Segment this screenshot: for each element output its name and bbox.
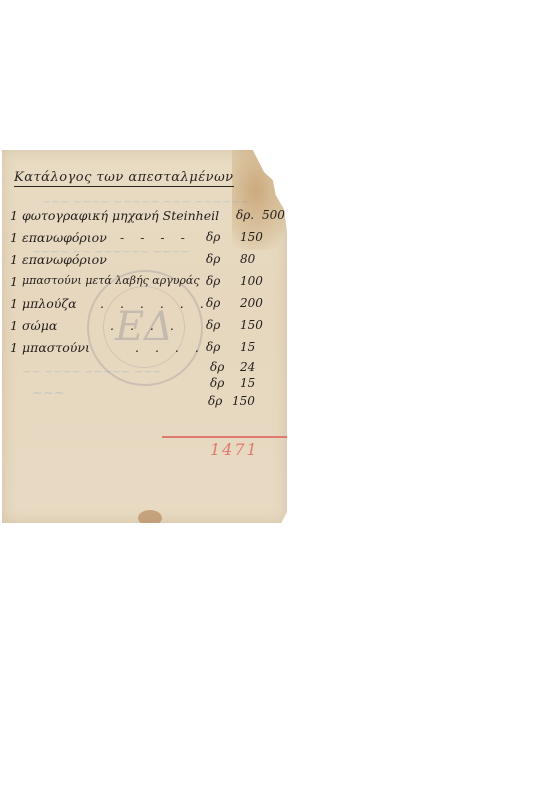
item-qty: 1 xyxy=(10,318,18,333)
item-amount: 150 xyxy=(240,230,263,244)
item-qty: 1 xyxy=(10,296,18,311)
item-amount: 100 xyxy=(240,274,263,288)
total-annotation: 1471 xyxy=(210,440,259,459)
list-item: 1 σώμα . . . . δρ 150 xyxy=(10,318,286,338)
item-description: μπαστούνι xyxy=(22,340,90,355)
item-currency: δρ xyxy=(206,252,220,266)
item-currency: δρ xyxy=(210,376,224,390)
item-amount: 15 xyxy=(240,376,255,390)
item-amount: 150 xyxy=(232,394,255,408)
list-item: 1 μπαστούνι . . . . δρ 15 xyxy=(10,340,286,360)
list-item: 1 επανωφόριον - - - - δρ 150 xyxy=(10,230,286,250)
document-title: Κατάλογος των απεσταλμένων xyxy=(14,170,234,187)
item-qty: 1 xyxy=(10,252,18,267)
list-item: 1 φωτογραφική μηχανή Steinheil δρ. 500 xyxy=(10,208,286,228)
item-description: μπαστούνι μετά λαβής αργυράς xyxy=(22,274,200,287)
item-leader-dots: . . . . xyxy=(135,340,205,355)
item-currency: δρ xyxy=(206,340,220,354)
list-item: 1 επανωφόριον δρ 80 xyxy=(10,252,286,272)
item-amount: 200 xyxy=(240,296,263,310)
item-amount: 80 xyxy=(240,252,255,266)
item-currency: δρ xyxy=(206,296,220,310)
item-qty: 1 xyxy=(10,230,18,245)
item-description: σώμα xyxy=(22,318,57,333)
item-qty: 1 xyxy=(10,340,18,355)
stain-spot xyxy=(138,510,162,526)
list-item: 1 μπαστούνι μετά λαβής αργυράς δρ 100 xyxy=(10,274,286,294)
list-item: δρ 150 xyxy=(10,394,286,414)
item-description: φωτογραφική μηχανή Steinheil xyxy=(22,208,219,223)
item-description: μπλούζα xyxy=(22,296,77,311)
item-qty: 1 xyxy=(10,274,18,289)
item-currency: δρ xyxy=(206,230,220,244)
item-currency: δρ xyxy=(206,318,220,332)
item-description: επανωφόριον xyxy=(22,252,107,267)
item-currency: δρ xyxy=(210,360,224,374)
faded-bleed-text: ~~~ ~~~~ ~~~~~ ~~~ ~~~~~~ xyxy=(42,195,250,208)
item-amount: 24 xyxy=(240,360,255,374)
list-item: 1 μπλούζα . . . . . . δρ 200 xyxy=(10,296,286,316)
item-leader-dots: - - - - xyxy=(120,230,191,245)
list-item: δρ 15 xyxy=(10,376,286,396)
item-description: επανωφόριον xyxy=(22,230,107,245)
item-currency: δρ xyxy=(208,394,222,408)
item-leader-dots: . . . . . . xyxy=(100,296,210,311)
item-currency: δρ xyxy=(206,274,220,288)
total-underline xyxy=(162,436,287,438)
item-currency: δρ. xyxy=(236,208,254,222)
handwritten-document: ~~~ ~~~~ ~~~~~ ~~~ ~~~~~~ ~~~~ ~~ ~~~~~~… xyxy=(2,150,287,523)
item-leader-dots: . . . . xyxy=(110,318,180,333)
item-amount: 500 xyxy=(262,208,285,222)
item-amount: 150 xyxy=(240,318,263,332)
item-amount: 15 xyxy=(240,340,255,354)
item-qty: 1 xyxy=(10,208,18,223)
